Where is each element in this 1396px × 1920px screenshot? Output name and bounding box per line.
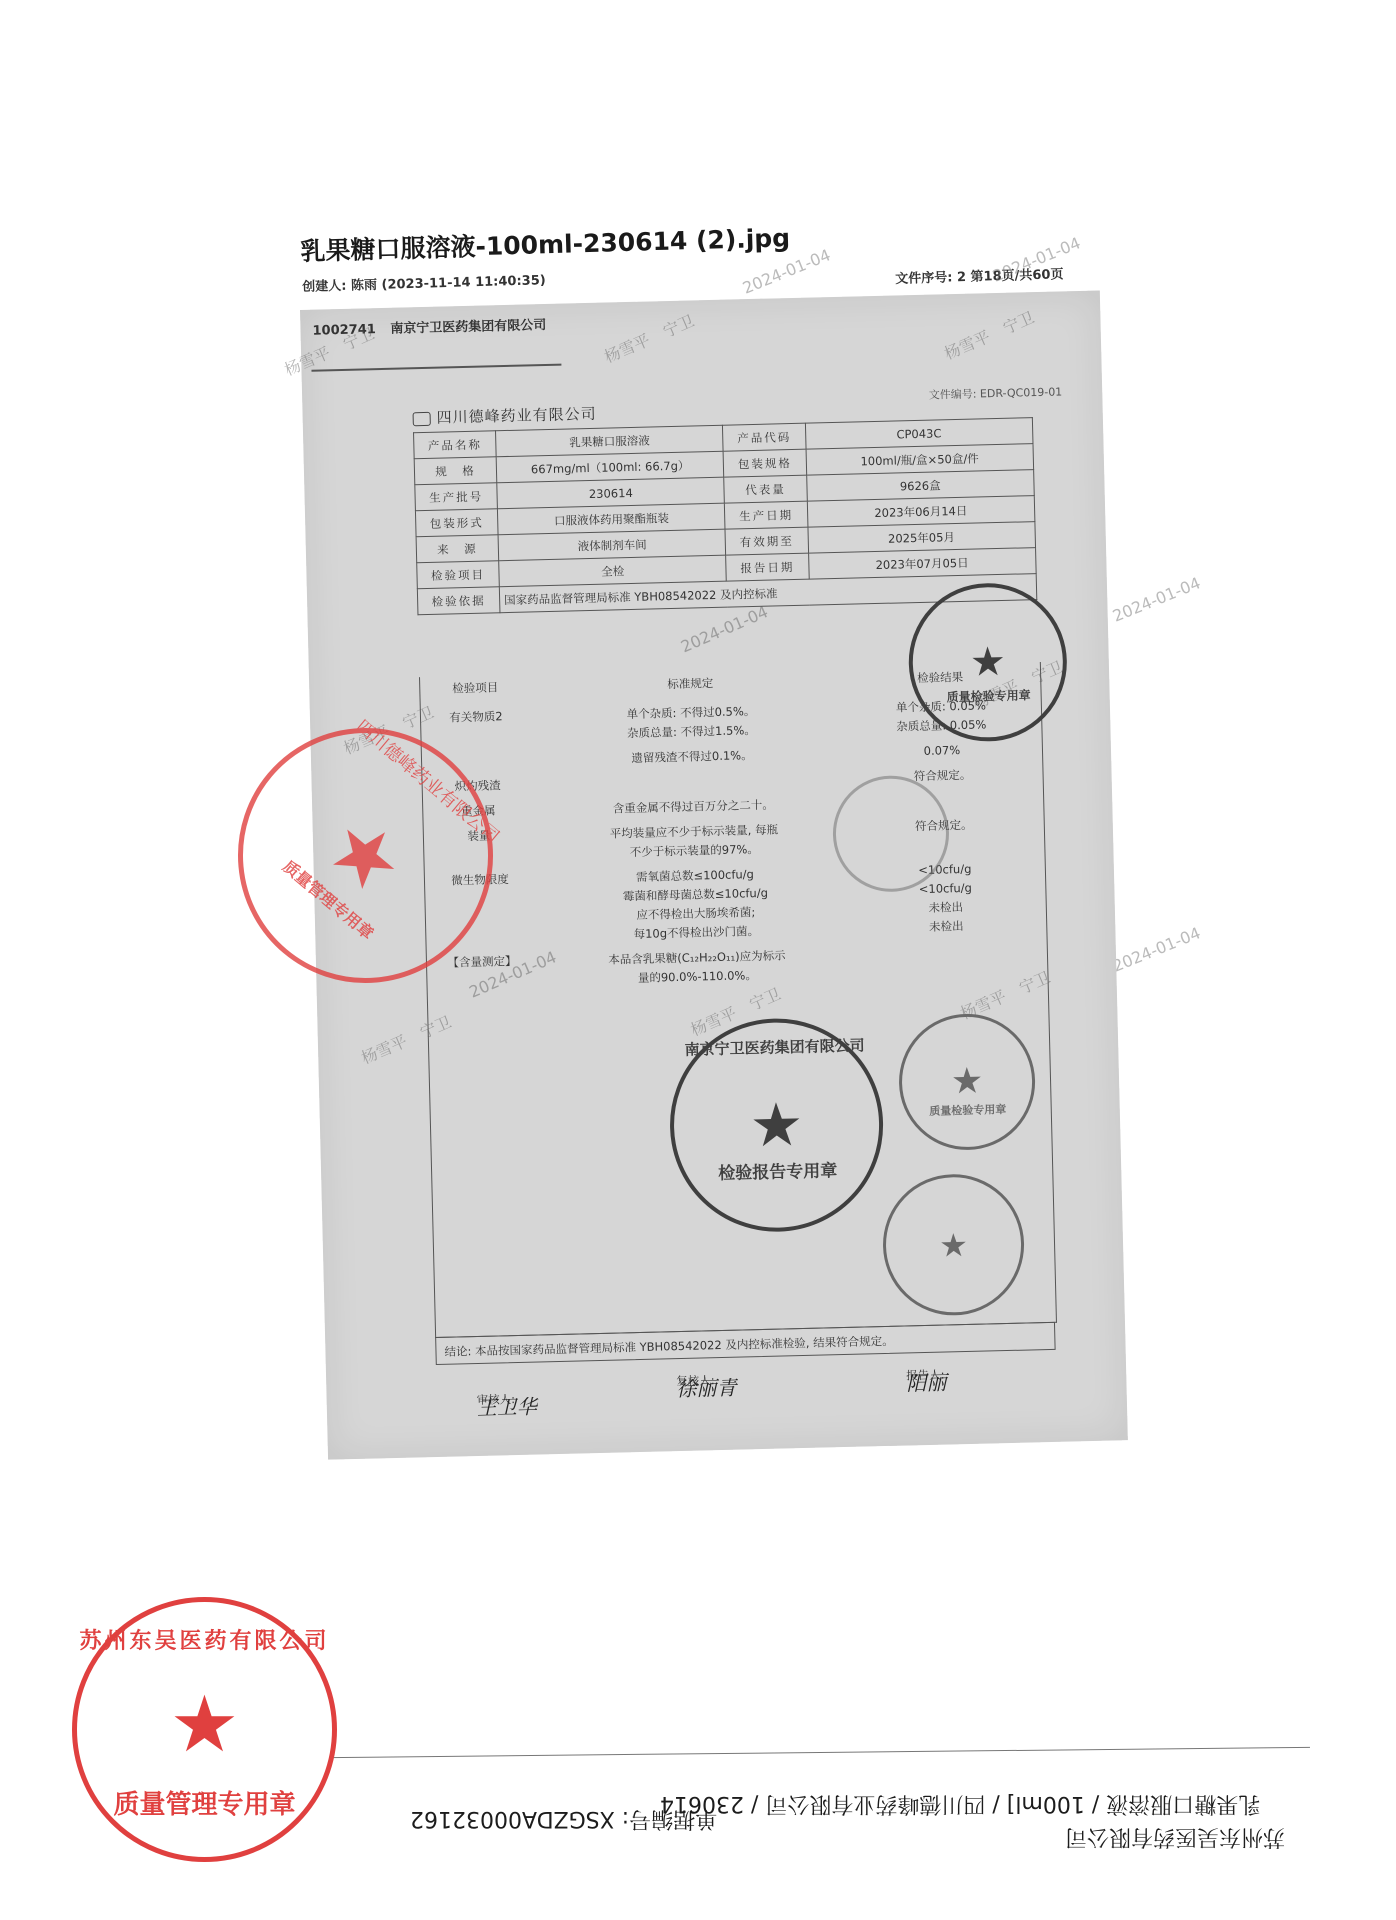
- footer-product-line: 乳果糖口服溶液 / 100ml] / 四川德峰药业有限公司 / 230614: [660, 1790, 1260, 1821]
- document-number: 文件编号: EDR-QC019-01: [929, 383, 1063, 402]
- field-label: 产品名称: [414, 431, 497, 459]
- field-label: 有效期至: [725, 527, 808, 555]
- field-label: 包装规格: [724, 449, 807, 477]
- name-watermark: 杨雪平 宁卫: [600, 308, 697, 367]
- star-icon: ★: [969, 642, 1006, 683]
- field-label: 生产批号: [415, 483, 498, 511]
- name-watermark: 杨雪平 宁卫: [940, 305, 1037, 364]
- result-standard: 含重金属不得过百万分之二十。: [533, 794, 853, 821]
- customer-name: 南京宁卫医药集团有限公司: [390, 318, 546, 337]
- creator-line: 创建人: 陈雨 (2023-11-14 11:40:35): [302, 269, 546, 295]
- field-label: 检验项目: [417, 561, 500, 589]
- field-label: 代表量: [724, 475, 807, 503]
- nanjing-inspection-stamp: ★ 南京宁卫医药集团有限公司 检验报告专用章: [667, 1016, 885, 1234]
- date-watermark: 2024-01-04: [1110, 923, 1203, 975]
- star-icon: ★: [950, 1064, 983, 1101]
- product-info-table: 产品名称乳果糖口服溶液产品代码CP043C规 格667mg/ml（100ml: …: [413, 417, 1037, 615]
- result-standard: 单个杂质: 不得过0.5%。杂质总量: 不得过1.5%。: [531, 700, 852, 746]
- field-label: 产品代码: [723, 423, 806, 451]
- suzhou-quality-stamp: ★ 苏州东吴医药有限公司 质量管理专用章: [72, 1597, 337, 1862]
- result-standard: 本品含乳果糖(C₁₂H₂₂O₁₁)应为标示量的90.0%-110.0%。: [537, 945, 858, 991]
- result-value: [857, 940, 1037, 944]
- divider: [311, 364, 561, 372]
- stamp-ring-text: 南京宁卫医药集团有限公司: [672, 1020, 882, 1230]
- footer-receipt-number: 单据编号: XSGZDA00032162: [410, 1805, 717, 1836]
- result-row: 【含量测定】本品含乳果糖(C₁₂H₂₂O₁₁)应为标示量的90.0%-110.0…: [427, 940, 1048, 993]
- field-label: 来 源: [416, 535, 499, 563]
- file-title: 乳果糖口服溶液-100ml-230614 (2).jpg: [300, 218, 791, 268]
- field-label: 生产日期: [725, 501, 808, 529]
- result-item: 有关物质2: [421, 707, 531, 726]
- report-company: 四川德峰药业有限公司: [412, 403, 596, 428]
- field-label: 包装形式: [415, 509, 498, 537]
- company-logo-icon: [413, 411, 431, 425]
- field-label: 报告日期: [726, 553, 809, 581]
- star-icon: ★: [939, 1228, 968, 1261]
- footer-company: 苏州东吴医药有限公司: [1065, 1823, 1285, 1854]
- footer-divider: [330, 1747, 1310, 1758]
- basis-label: 检验依据: [417, 587, 500, 615]
- date-watermark: 2024-01-04: [678, 602, 771, 656]
- result-row: 微生物限度需氧菌总数≤100cfu/g霉菌和酵母菌总数≤10cfu/g应不得检出…: [425, 858, 1047, 949]
- field-label: 规 格: [414, 457, 497, 485]
- result-standard: [532, 769, 852, 777]
- result-value: 0.07%: [852, 739, 1032, 762]
- signature-row: 审核人:王卫华 复核人:徐丽青 报告人:阳丽: [476, 1364, 1036, 1378]
- result-standard: 需氧菌总数≤100cfu/g霉菌和酵母菌总数≤10cfu/g应不得检出大肠埃希菌…: [535, 863, 857, 947]
- result-standard: 平均装量应不少于标示装量, 每瓶不少于标示装量的97%。: [534, 819, 855, 865]
- date-watermark: 2024-01-04: [1110, 573, 1203, 625]
- result-standard: 遗留残渣不得过0.1%。: [532, 744, 852, 771]
